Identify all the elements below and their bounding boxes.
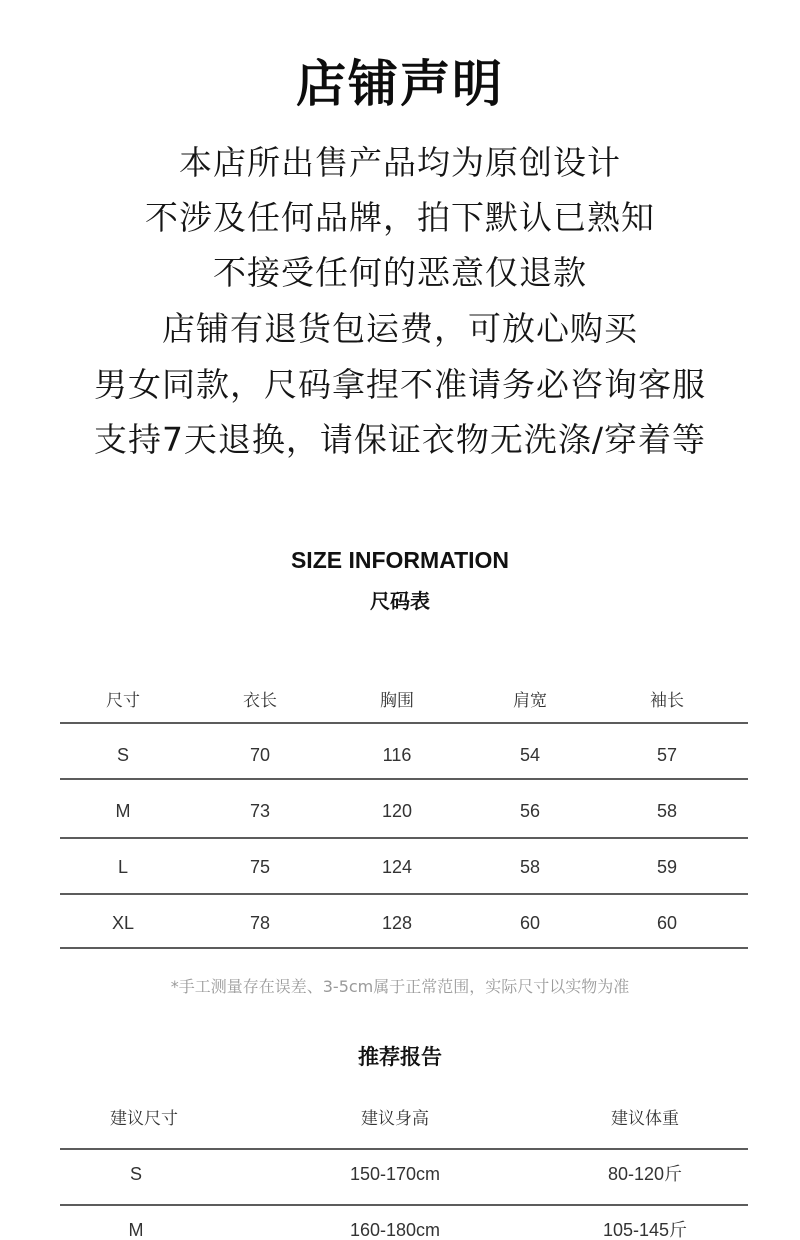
table-cell: M <box>36 1218 236 1240</box>
column-header: 尺寸 <box>63 689 183 713</box>
notice-line: 不接受任何的恶意仅退款 <box>0 253 800 293</box>
notice-line: 男女同款，尺码拿捏不准请务必咨询客服 <box>0 365 800 405</box>
column-header: 袖长 <box>607 689 727 713</box>
table-divider <box>60 837 748 839</box>
size-info-title-cn: 尺码表 <box>0 585 800 614</box>
table-cell: 124 <box>337 855 457 879</box>
notice-line: 本店所出售产品均为原创设计 <box>0 143 800 183</box>
table-cell: S <box>63 743 183 767</box>
table-cell: 80-120斤 <box>545 1162 745 1186</box>
size-info-title-en: SIZE INFORMATION <box>0 547 800 574</box>
table-cell: 54 <box>470 743 590 767</box>
table-divider <box>60 778 748 780</box>
table-cell: XL <box>63 911 183 935</box>
table-divider <box>60 893 748 895</box>
table-divider <box>60 1204 748 1206</box>
table-cell: 116 <box>337 743 457 767</box>
table-cell: 56 <box>470 799 590 823</box>
table-cell: 120 <box>337 799 457 823</box>
recommendation-title: 推荐报告 <box>0 1041 800 1071</box>
table-cell: 105-145斤 <box>545 1218 745 1240</box>
table-cell: 57 <box>607 743 727 767</box>
notice-line: 支持7天退换，请保证衣物无洗涤/穿着等 <box>0 420 800 460</box>
table-cell: 150-170cm <box>295 1162 495 1186</box>
table-cell: L <box>63 855 183 879</box>
column-header: 胸围 <box>337 689 457 713</box>
notice-line: 不涉及任何品牌，拍下默认已熟知 <box>0 198 800 238</box>
table-cell: M <box>63 799 183 823</box>
table-cell: 160-180cm <box>295 1218 495 1240</box>
table-cell: S <box>36 1162 236 1186</box>
table-cell: 60 <box>607 911 727 935</box>
column-header: 肩宽 <box>470 689 590 713</box>
measurement-note: *手工测量存在误差、3-5cm属于正常范围，实际尺寸以实物为准 <box>0 974 800 997</box>
notice-line: 店铺有退货包运费，可放心购买 <box>0 309 800 349</box>
table-cell: 70 <box>200 743 320 767</box>
table-divider <box>60 722 748 724</box>
column-header: 建议体重 <box>545 1107 745 1131</box>
table-cell: 58 <box>607 799 727 823</box>
table-cell: 78 <box>200 911 320 935</box>
table-cell: 60 <box>470 911 590 935</box>
table-divider <box>60 947 748 949</box>
column-header: 建议身高 <box>295 1107 495 1131</box>
table-cell: 75 <box>200 855 320 879</box>
column-header: 衣长 <box>200 689 320 713</box>
table-cell: 73 <box>200 799 320 823</box>
table-cell: 58 <box>470 855 590 879</box>
table-cell: 128 <box>337 911 457 935</box>
column-header: 建议尺寸 <box>44 1107 244 1131</box>
table-cell: 59 <box>607 855 727 879</box>
table-divider <box>60 1148 748 1150</box>
notice-title: 店铺声明 <box>0 52 800 116</box>
